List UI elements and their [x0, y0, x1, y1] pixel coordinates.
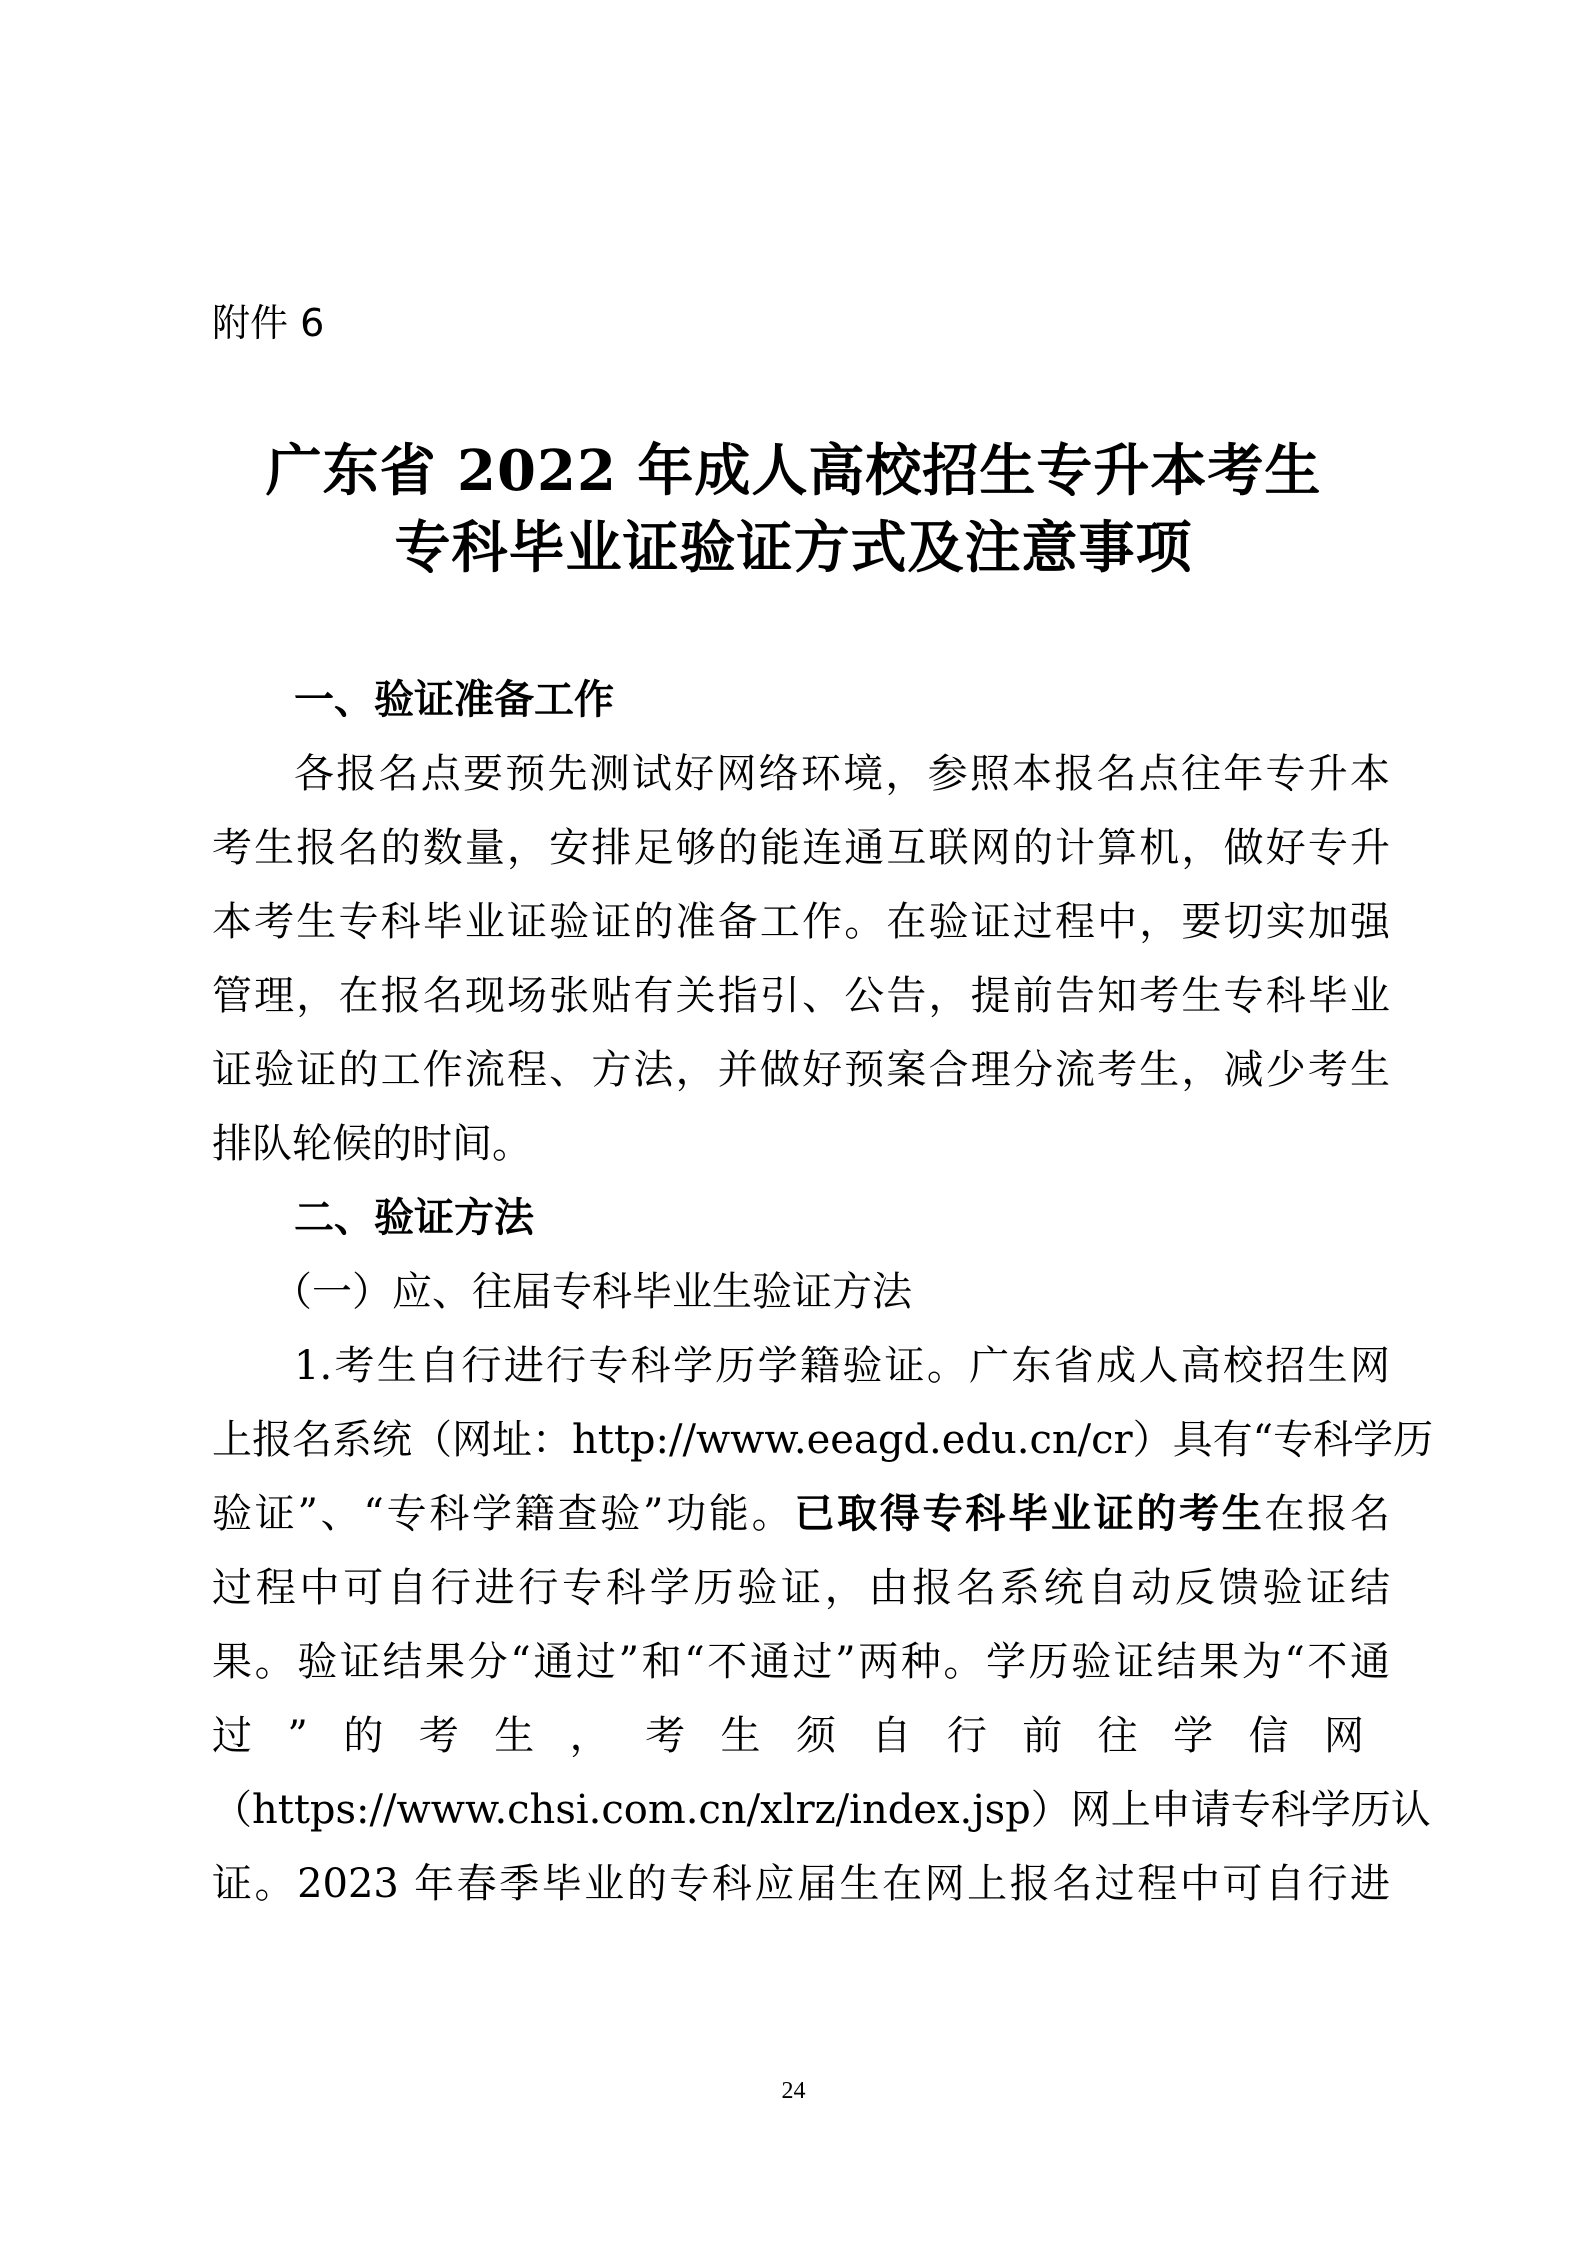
paragraph-line: 管理，在报名现场张贴有关指引、公告，提前告知考生专科毕业	[212, 959, 1390, 1033]
paragraph-line: 过程中可自行进行专科学历验证，由报名系统自动反馈验证结	[212, 1551, 1390, 1625]
document-title-line-2: 专科毕业证验证方式及注意事项	[0, 510, 1587, 586]
paragraph-line: 证验证的工作流程、方法，并做好预案合理分流考生，减少考生	[212, 1033, 1390, 1107]
paragraph-line: 考生报名的数量，安排足够的能连通互联网的计算机，做好专升	[212, 811, 1390, 885]
document-title-line-1: 广东省 2022 年成人高校招生专升本考生	[0, 433, 1587, 509]
section-heading-methods: 二、验证方法	[212, 1181, 1390, 1255]
paragraph-line-with-link: 上报名系统（网址：http://www.eeagd.edu.cn/cr）具有“专…	[212, 1403, 1390, 1477]
registration-system-text: 上报名系统（网址：http://www.eeagd.edu.cn/cr）具有“专…	[212, 1417, 1433, 1463]
section-heading-preparation: 一、验证准备工作	[212, 663, 1390, 737]
paragraph-line-spaced: 过”的考生，考生须自行前往学信网	[212, 1699, 1390, 1773]
feature-text: 验证”、“专科学籍查验”功能。	[212, 1491, 794, 1537]
paragraph-line: 各报名点要预先测试好网络环境，参照本报名点往年专升本	[212, 737, 1390, 811]
paragraph-line: 验证”、“专科学籍查验”功能。已取得专科毕业证的考生在报名	[212, 1477, 1390, 1551]
emphasis-text: 已取得专科毕业证的考生	[794, 1491, 1264, 1537]
paragraph-line: 果。验证结果分“通过”和“不通过”两种。学历验证结果为“不通	[212, 1625, 1390, 1699]
paragraph-line: 本考生专科毕业证验证的准备工作。在验证过程中，要切实加强	[212, 885, 1390, 959]
paragraph-line-with-link: （https://www.chsi.com.cn/xlrz/index.jsp）…	[212, 1773, 1390, 1847]
document-page: 附件 6 广东省 2022 年成人高校招生专升本考生 专科毕业证验证方式及注意事…	[0, 0, 1587, 2245]
feature-text-tail: 在报名	[1265, 1491, 1390, 1537]
page-number: 24	[0, 2076, 1587, 2106]
attachment-label: 附件 6	[212, 298, 324, 348]
paragraph-line: 排队轮候的时间。	[212, 1107, 1390, 1181]
paragraph-line: 1.考生自行进行专科学历学籍验证。广东省成人高校招生网	[212, 1329, 1390, 1403]
subsection-heading-graduates: （一）应、往届专科毕业生验证方法	[212, 1255, 1390, 1329]
paragraph-line: 证。2023 年春季毕业的专科应届生在网上报名过程中可自行进	[212, 1847, 1390, 1921]
